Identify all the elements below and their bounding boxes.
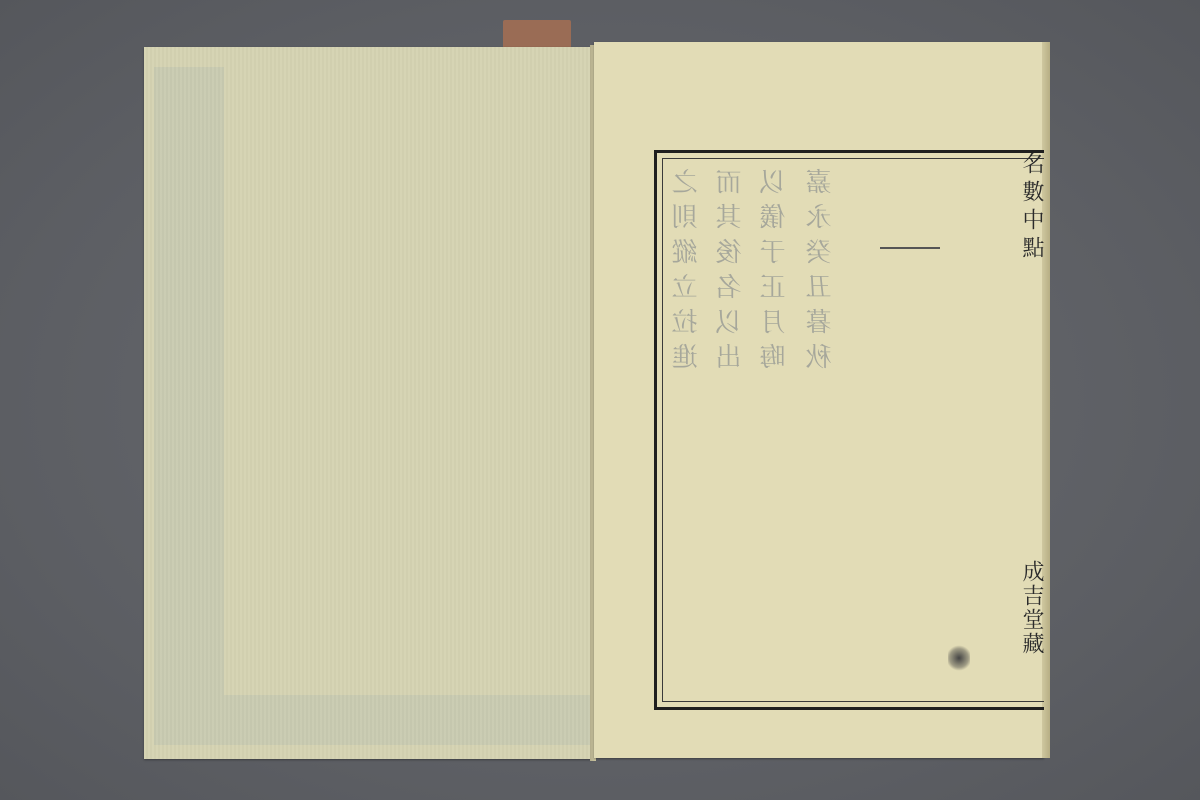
ink-smudge xyxy=(948,645,970,671)
left-page xyxy=(144,47,592,759)
paper-texture xyxy=(144,47,592,759)
show-through-column: 嘉永癸丑暮秋 xyxy=(806,168,836,378)
block-center-title: 名數中點 xyxy=(1016,152,1047,264)
show-through-column: 以儀于正月晦 xyxy=(760,168,790,378)
faint-rule xyxy=(880,247,940,249)
block-center-publisher: 成吉堂藏 xyxy=(1016,560,1047,656)
show-through-column: 而其後名以出 xyxy=(716,168,746,378)
show-through-column: 之則縱立拉進 xyxy=(672,168,702,378)
